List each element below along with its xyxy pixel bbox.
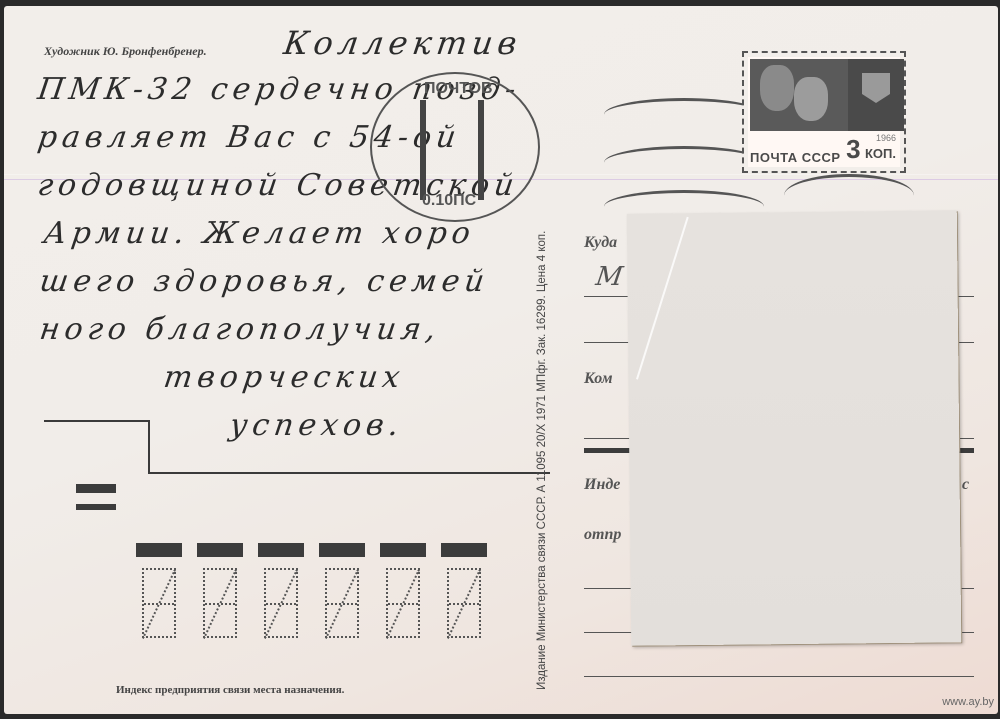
- handwritten-line: творческих: [162, 360, 407, 395]
- footer-caption: Индекс предприятия связи места назначени…: [116, 684, 344, 696]
- address-sender-label: отпр: [584, 526, 621, 544]
- index-box-bar: [136, 543, 182, 557]
- frame-line: [44, 420, 150, 422]
- frame-line: [148, 420, 150, 474]
- stamp-value: 3 КОП.: [846, 134, 896, 165]
- watermark: www.ay.by: [942, 696, 994, 708]
- handwritten-line: Коллектив: [281, 24, 524, 62]
- index-digit-box: [264, 568, 298, 638]
- index-box-bar: [319, 543, 365, 557]
- paper-crease: [636, 217, 689, 380]
- frame-line: [148, 472, 550, 474]
- postmark-arc-top: ПОЧТОВ: [424, 80, 493, 98]
- index-digit-box: [447, 568, 481, 638]
- index-box-bar: [380, 543, 426, 557]
- index-digit-box: [142, 568, 176, 638]
- komsomol-badge-icon: [848, 59, 904, 131]
- cancellation-wave: [604, 98, 764, 131]
- paper-cover-patch: [627, 210, 962, 645]
- handwritten-line: успехов.: [228, 408, 406, 443]
- publisher-imprint: Издание Министерства связи СССР. А 11095…: [536, 231, 548, 690]
- handwritten-line: шего здоровья, семей: [38, 264, 492, 299]
- index-box-bar: [258, 543, 304, 557]
- handwritten-line: ного благополучия,: [38, 312, 443, 347]
- postmark-bar: [478, 100, 484, 200]
- stamp-face-icon: [760, 65, 794, 111]
- postage-stamp: 1966 ПОЧТА СССР 3 КОП.: [742, 51, 906, 173]
- address-to-label: Куда: [584, 234, 617, 252]
- index-digit-box: [325, 568, 359, 638]
- stamp-face-icon: [794, 77, 828, 121]
- index-digit-box: [203, 568, 237, 638]
- address-whom-label: Ком: [584, 370, 613, 388]
- artist-credit: Художник Ю. Бронфенбренер.: [44, 44, 207, 59]
- address-trailing-char: с: [962, 476, 969, 494]
- index-digit-box: [386, 568, 420, 638]
- address-line: [584, 676, 974, 677]
- postmark: ПОЧТОВ 0.10ПС: [370, 72, 540, 222]
- address-index-label: Инде: [584, 476, 620, 494]
- handwritten-line: Армии. Желает хоро: [42, 216, 478, 251]
- postmark-bar: [420, 100, 426, 200]
- index-box-bar: [441, 543, 487, 557]
- cancellation-wave: [604, 146, 764, 179]
- postcard: Художник Ю. Бронфенбренер. Коллектив ПМК…: [4, 6, 998, 714]
- stamp-portrait: [750, 59, 848, 131]
- sorting-mark: [76, 504, 116, 510]
- sorting-mark: [76, 484, 116, 493]
- postmark-arc-bottom: 0.10ПС: [422, 192, 476, 210]
- stamp-postal-label: ПОЧТА СССР: [750, 150, 841, 165]
- index-box-bar: [197, 543, 243, 557]
- address-handwriting: М: [594, 262, 630, 292]
